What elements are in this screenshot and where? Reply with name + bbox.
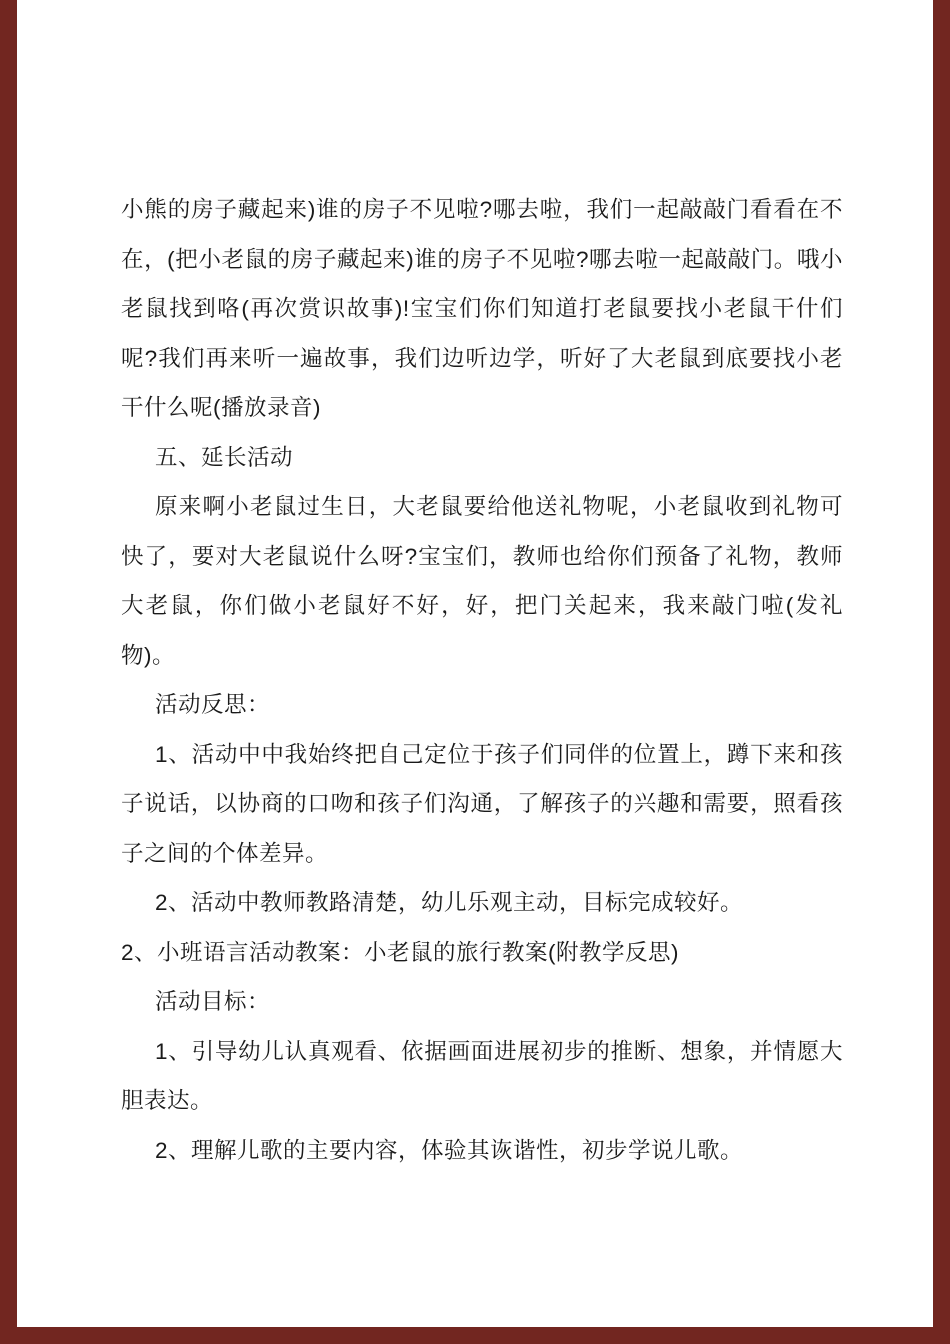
page-border-left [0,0,17,1344]
text-line-7: 原来啊小老鼠过生日，大老鼠要给他送礼物呢，小老鼠收到礼物可欢 [121,482,843,532]
text-line-9: 大老鼠，你们做小老鼠好不好，好，把门关起来，我来敲门啦(发礼 [121,581,843,631]
section-heading-activity-goals: 活动目标： [121,977,843,1027]
text-line-20: 2、理解儿歌的主要内容，体验其诙谐性，初步学说儿歌。 [121,1126,843,1176]
text-line-19: 胆表达。 [121,1076,843,1126]
text-line-14: 子之间的个体差异。 [121,829,843,879]
text-line-12: 1、活动中中我始终把自己定位于孩子们同伴的位置上，蹲下来和孩 [121,730,843,780]
document-text-block: 小熊的房子藏起来)谁的房子不见啦?哪去啦，我们一起敲敲门看看在不 在，(把小老鼠… [121,185,843,1175]
text-line-8: 快了，要对大老鼠说什么呀?宝宝们，教师也给你们预备了礼物，教师做 [121,532,843,582]
text-line-18: 1、引导幼儿认真观看、依据画面进展初步的推断、想象，并情愿大 [121,1027,843,1077]
text-line-4: 呢?我们再来听一遍故事，我们边听边学，听好了大老鼠到底要找小老鼠 [121,334,843,384]
document-page: 小熊的房子藏起来)谁的房子不见啦?哪去啦，我们一起敲敲门看看在不 在，(把小老鼠… [0,0,950,1344]
text-line-15: 2、活动中教师教路清楚，幼儿乐观主动，目标完成较好。 [121,878,843,928]
text-line-1: 小熊的房子藏起来)谁的房子不见啦?哪去啦，我们一起敲敲门看看在不 [121,185,843,235]
text-line-2: 在，(把小老鼠的房子藏起来)谁的房子不见啦?哪去啦一起敲敲门。哦小 [121,235,843,285]
section-heading-activity-reflection: 活动反思： [121,680,843,730]
page-border-right [933,0,950,1344]
section-heading-extension-activity: 五、延长活动 [121,433,843,483]
list-item-lesson-plan-2-title: 2、小班语言活动教案：小老鼠的旅行教案(附教学反思) [121,928,843,978]
text-line-10: 物)。 [121,631,843,681]
text-line-5: 干什么呢(播放录音) [121,383,843,433]
text-line-3: 老鼠找到咯(再次赏识故事)!宝宝们你们知道打老鼠要找小老鼠干什们 [121,284,843,334]
page-border-bottom [0,1327,950,1344]
text-line-13: 子说话，以协商的口吻和孩子们沟通，了解孩子的兴趣和需要，照看孩 [121,779,843,829]
